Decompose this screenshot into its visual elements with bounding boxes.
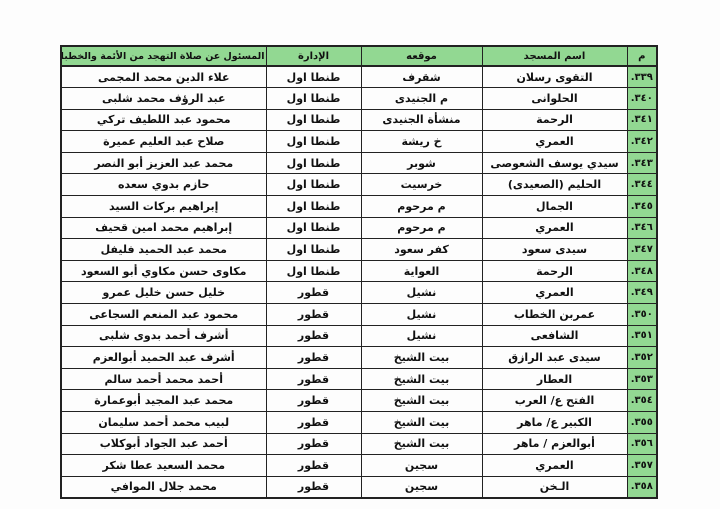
- cell-num: ٣٥٤.: [627, 390, 657, 412]
- cell-mosque: العمري: [482, 282, 627, 304]
- cell-mosque: العمري: [482, 131, 627, 153]
- cell-imam: إبراهيم بركات السيد: [61, 196, 266, 218]
- column-header-administration: الإدارة: [266, 46, 361, 66]
- cell-admin: قطور: [266, 282, 361, 304]
- table-row: ٣٤٣.سيدي يوسف الشعوصىشوبرطنطا اولمحمد عب…: [61, 152, 657, 174]
- table-row: ٣٣٩.التقوى رسلانشقرفطنطا اولعلاء الدين م…: [61, 66, 657, 88]
- cell-num: ٣٥٣.: [627, 368, 657, 390]
- header-row: م اسم المسجد موقعه الإدارة المسئول عن صل…: [61, 46, 657, 66]
- cell-num: ٣٥٧.: [627, 455, 657, 477]
- cell-imam: أحمد محمد أحمد سالم: [61, 368, 266, 390]
- cell-num: ٣٤٠.: [627, 88, 657, 110]
- column-header-imam: المسئول عن صلاة التهجد من الأئمة والخطبا…: [61, 46, 266, 66]
- cell-admin: قطور: [266, 390, 361, 412]
- cell-location: شقرف: [361, 66, 482, 88]
- cell-location: بيت الشيخ: [361, 368, 482, 390]
- cell-num: ٣٤٦.: [627, 217, 657, 239]
- cell-admin: قطور: [266, 368, 361, 390]
- cell-num: ٣٥٠.: [627, 304, 657, 326]
- cell-admin: قطور: [266, 347, 361, 369]
- cell-imam: محمد عبد المجيد أبوعمارة: [61, 390, 266, 412]
- cell-mosque: التقوى رسلان: [482, 66, 627, 88]
- cell-imam: أشرف أحمد بدوى شلبى: [61, 325, 266, 347]
- cell-mosque: أبوالعزم / ماهر: [482, 433, 627, 455]
- document-page: م اسم المسجد موقعه الإدارة المسئول عن صل…: [0, 0, 720, 509]
- cell-imam: عبد الرؤف محمد شلبى: [61, 88, 266, 110]
- cell-location: م مرحوم: [361, 196, 482, 218]
- cell-num: ٣٥٨.: [627, 476, 657, 498]
- column-header-location: موقعه: [361, 46, 482, 66]
- table-row: ٣٥٥.الكبير ع/ ماهربيت الشيخقطورلبيب محمد…: [61, 412, 657, 434]
- table-body: ٣٣٩.التقوى رسلانشقرفطنطا اولعلاء الدين م…: [61, 66, 657, 498]
- cell-location: كفر سعود: [361, 239, 482, 261]
- cell-location: نشيل: [361, 282, 482, 304]
- cell-num: ٣٤٩.: [627, 282, 657, 304]
- table-row: ٣٥٨.الـخنسجينقطورمحمد جلال الموافي: [61, 476, 657, 498]
- cell-location: بيت الشيخ: [361, 390, 482, 412]
- cell-num: ٣٥٥.: [627, 412, 657, 434]
- cell-location: منشأة الجنيدى: [361, 109, 482, 131]
- cell-location: خ ريشة: [361, 131, 482, 153]
- table-row: ٣٥٦.أبوالعزم / ماهربيت الشيخقطورأحمد عبد…: [61, 433, 657, 455]
- cell-num: ٣٤١.: [627, 109, 657, 131]
- cell-admin: طنطا اول: [266, 217, 361, 239]
- cell-location: بيت الشيخ: [361, 412, 482, 434]
- cell-imam: حازم بدوي سعده: [61, 174, 266, 196]
- cell-mosque: سيدى عبد الرازق: [482, 347, 627, 369]
- cell-mosque: الحليم (الصعيدى): [482, 174, 627, 196]
- cell-mosque: الكبير ع/ ماهر: [482, 412, 627, 434]
- table-row: ٣٥٧.العمريسجينقطورمحمد السعيد عطا شكر: [61, 455, 657, 477]
- cell-mosque: الرحمة: [482, 260, 627, 282]
- cell-mosque: عمربن الخطاب: [482, 304, 627, 326]
- cell-admin: طنطا اول: [266, 239, 361, 261]
- cell-location: نشيل: [361, 325, 482, 347]
- table-row: ٣٤٩.العمرينشيلقطورخليل حسن خليل عمرو: [61, 282, 657, 304]
- cell-imam: محمود عبد المنعم السجاعى: [61, 304, 266, 326]
- table-row: ٣٥٤.الفتح ع/ العرببيت الشيخقطورمحمد عبد …: [61, 390, 657, 412]
- cell-imam: لبيب محمد أحمد سليمان: [61, 412, 266, 434]
- cell-admin: طنطا اول: [266, 109, 361, 131]
- cell-imam: علاء الدين محمد المجمى: [61, 66, 266, 88]
- table-row: ٣٤٦.العمريم مرحومطنطا اولإبراهيم محمد ام…: [61, 217, 657, 239]
- cell-location: خرسيت: [361, 174, 482, 196]
- cell-mosque: الشافعى: [482, 325, 627, 347]
- cell-num: ٣٤٤.: [627, 174, 657, 196]
- cell-imam: أشرف عبد الحميد أبوالعزم: [61, 347, 266, 369]
- cell-imam: خليل حسن خليل عمرو: [61, 282, 266, 304]
- cell-location: م الجنيدى: [361, 88, 482, 110]
- table-row: ٣٥١.الشافعىنشيلقطورأشرف أحمد بدوى شلبى: [61, 325, 657, 347]
- table-row: ٣٤٨.الرحمةالعوايةطنطا اولمكاوى حسن مكاوي…: [61, 260, 657, 282]
- cell-admin: طنطا اول: [266, 152, 361, 174]
- cell-mosque: الفتح ع/ العرب: [482, 390, 627, 412]
- cell-imam: محمد السعيد عطا شكر: [61, 455, 266, 477]
- cell-admin: طنطا اول: [266, 174, 361, 196]
- cell-num: ٣٥١.: [627, 325, 657, 347]
- cell-imam: صلاح عبد العليم عميرة: [61, 131, 266, 153]
- mosque-list-table: م اسم المسجد موقعه الإدارة المسئول عن صل…: [60, 45, 658, 499]
- cell-imam: محمد جلال الموافي: [61, 476, 266, 498]
- cell-admin: قطور: [266, 304, 361, 326]
- cell-location: سجين: [361, 455, 482, 477]
- cell-num: ٣٤٧.: [627, 239, 657, 261]
- cell-num: ٣٤٢.: [627, 131, 657, 153]
- cell-location: بيت الشيخ: [361, 433, 482, 455]
- cell-admin: طنطا اول: [266, 260, 361, 282]
- cell-admin: قطور: [266, 476, 361, 498]
- cell-mosque: العمري: [482, 455, 627, 477]
- table-header: م اسم المسجد موقعه الإدارة المسئول عن صل…: [61, 46, 657, 66]
- column-header-mosque-name: اسم المسجد: [482, 46, 627, 66]
- cell-num: ٣٤٨.: [627, 260, 657, 282]
- column-header-number: م: [627, 46, 657, 66]
- table-row: ٣٤٠.الحلوانىم الجنيدىطنطا اولعبد الرؤف م…: [61, 88, 657, 110]
- table-row: ٣٥٠.عمربن الخطابنشيلقطورمحمود عبد المنعم…: [61, 304, 657, 326]
- cell-admin: قطور: [266, 325, 361, 347]
- cell-location: شوبر: [361, 152, 482, 174]
- cell-location: بيت الشيخ: [361, 347, 482, 369]
- cell-mosque: الرحمة: [482, 109, 627, 131]
- cell-admin: قطور: [266, 412, 361, 434]
- cell-location: نشيل: [361, 304, 482, 326]
- cell-imam: محمد عبد الحميد فليفل: [61, 239, 266, 261]
- cell-num: ٣٥٦.: [627, 433, 657, 455]
- cell-admin: طنطا اول: [266, 196, 361, 218]
- cell-admin: طنطا اول: [266, 131, 361, 153]
- table-row: ٣٥٣.العطاربيت الشيخقطورأحمد محمد أحمد سا…: [61, 368, 657, 390]
- table-row: ٣٤٥.الجمالم مرحومطنطا اولإبراهيم بركات ا…: [61, 196, 657, 218]
- cell-imam: محمد عبد العزيز أبو النصر: [61, 152, 266, 174]
- cell-location: م مرحوم: [361, 217, 482, 239]
- table-row: ٣٤٧.سيدى سعودكفر سعودطنطا اولمحمد عبد ال…: [61, 239, 657, 261]
- cell-num: ٣٤٣.: [627, 152, 657, 174]
- cell-mosque: سيدي يوسف الشعوصى: [482, 152, 627, 174]
- cell-mosque: العمري: [482, 217, 627, 239]
- cell-mosque: الـخن: [482, 476, 627, 498]
- cell-mosque: الجمال: [482, 196, 627, 218]
- cell-admin: طنطا اول: [266, 66, 361, 88]
- cell-num: ٣٣٩.: [627, 66, 657, 88]
- table-row: ٣٤٢.العمريخ ريشةطنطا اولصلاح عبد العليم …: [61, 131, 657, 153]
- cell-mosque: الحلوانى: [482, 88, 627, 110]
- cell-imam: أحمد عبد الجواد أبوكلاب: [61, 433, 266, 455]
- cell-admin: طنطا اول: [266, 88, 361, 110]
- cell-location: سجين: [361, 476, 482, 498]
- cell-admin: قطور: [266, 455, 361, 477]
- cell-imam: محمود عبد اللطيف تركي: [61, 109, 266, 131]
- table-row: ٣٤٤.الحليم (الصعيدى)خرسيتطنطا اولحازم بد…: [61, 174, 657, 196]
- cell-imam: مكاوى حسن مكاوي أبو السعود: [61, 260, 266, 282]
- cell-admin: قطور: [266, 433, 361, 455]
- table-row: ٣٥٢.سيدى عبد الرازقبيت الشيخقطورأشرف عبد…: [61, 347, 657, 369]
- cell-location: العواية: [361, 260, 482, 282]
- cell-imam: إبراهيم محمد امين قحيف: [61, 217, 266, 239]
- cell-num: ٣٥٢.: [627, 347, 657, 369]
- cell-mosque: العطار: [482, 368, 627, 390]
- table-row: ٣٤١.الرحمةمنشأة الجنيدىطنطا اولمحمود عبد…: [61, 109, 657, 131]
- cell-mosque: سيدى سعود: [482, 239, 627, 261]
- cell-num: ٣٤٥.: [627, 196, 657, 218]
